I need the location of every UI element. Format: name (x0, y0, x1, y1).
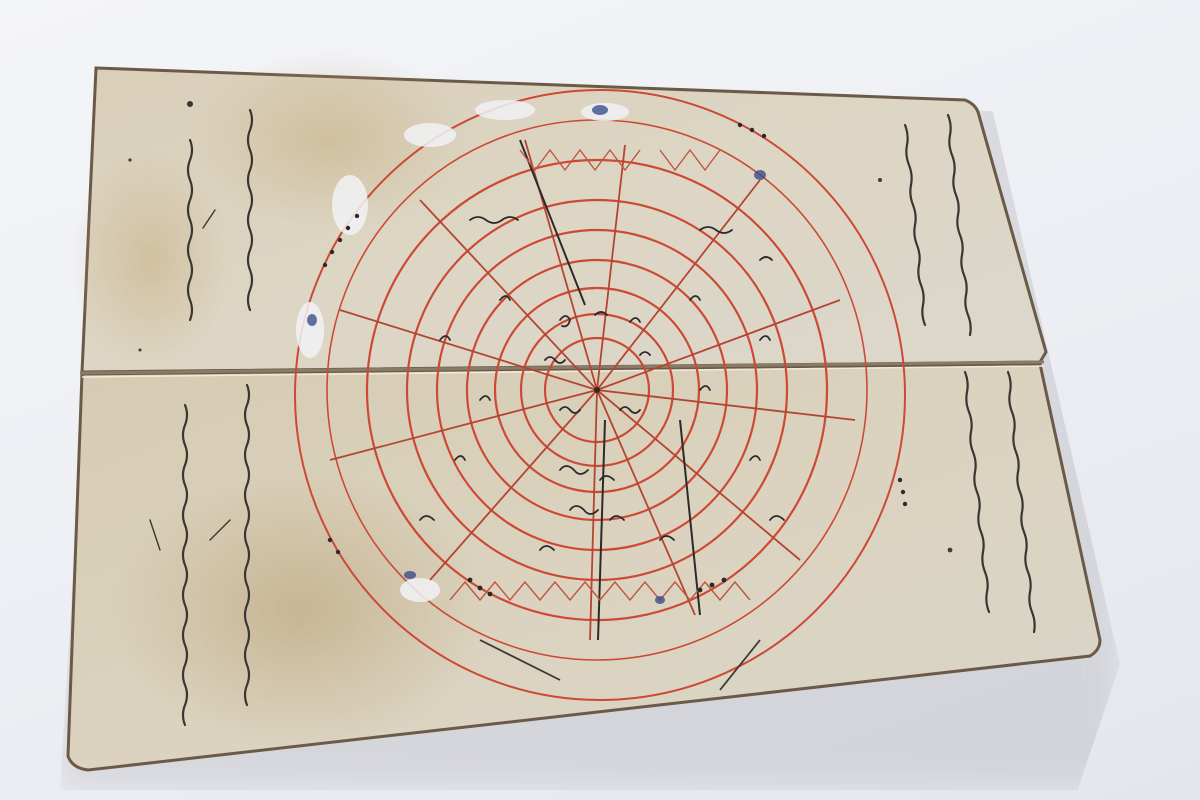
photo-scene: Thai folding-book manuscript (samut khoi… (0, 0, 1200, 800)
manuscript-book (0, 0, 1200, 800)
water-stain (110, 470, 490, 750)
